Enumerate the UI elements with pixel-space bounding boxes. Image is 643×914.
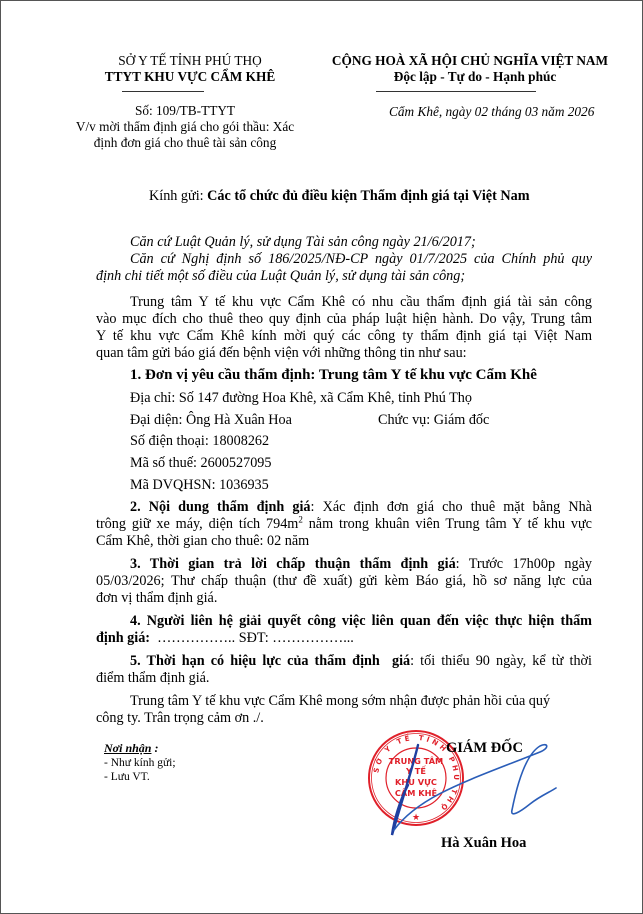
section5-text-1: : tối thiểu 90 ngày, kể từ thời (410, 653, 592, 669)
signer-name: Hà Xuân Hoa (441, 835, 526, 852)
section1-address: Địa chỉ: Số 147 đường Hoa Khê, xã Cẩm Kh… (130, 390, 472, 407)
recipient-item-2: - Lưu VT. (104, 771, 150, 783)
section3-line-3: đơn vị thẩm định giá. (96, 590, 217, 607)
doc-number: Số: 109/TB-TTYT (60, 103, 310, 119)
section4-contact: …………….. SĐT: ……………... (150, 630, 354, 646)
section2-line-2: trông giữ xe máy, diện tích 794m2 nằm tr… (96, 516, 592, 533)
section2-line-1: 2. Nội dung thẩm định giá: Xác định đơn … (130, 499, 592, 516)
agency-name: SỞ Y TẾ TỈNH PHÚ THỌ (60, 53, 320, 69)
section1-tax-code: Mã số thuế: 2600527095 (130, 455, 271, 472)
nation-title: CỘNG HOÀ XÃ HỘI CHỦ NGHĨA VIỆT NAM (320, 53, 620, 69)
section4-heading-line-1: 4. Người liên hệ giải quyết công việc li… (130, 613, 592, 630)
section3-line-2: 05/03/2026; Thư chấp thuận (thư đề xuất)… (96, 573, 592, 590)
section3-line-1: 3. Thời gian trả lời chấp thuận thẩm địn… (130, 556, 592, 573)
closing-line-2: công ty. Trân trọng cảm ơn ./. (96, 710, 264, 727)
signature-scribble (380, 740, 560, 840)
section1-representative: Đại diện: Ông Hà Xuân Hoa (130, 412, 292, 429)
unit-name: TTYT KHU VỰC CẨM KHÊ (60, 69, 320, 85)
section5-heading: 5. Thời hạn có hiệu lực của thẩm định gi… (130, 653, 410, 669)
section2-text-2a: trông giữ xe máy, diện tích 794m (96, 516, 298, 532)
closing-line-1: Trung tâm Y tế khu vực Cẩm Khê mong sớm … (130, 693, 550, 710)
header-left-underline (122, 91, 204, 92)
recipient-item-1: - Như kính gửi; (104, 757, 176, 769)
place-date: Cẩm Khê, ngày 02 tháng 03 năm 2026 (389, 104, 594, 120)
recipient-value: Các tổ chức đủ điều kiện Thẩm định giá t… (207, 188, 529, 204)
recipients-title: Nơi nhận : (104, 741, 158, 756)
section5-line-2: điểm thẩm định giá. (96, 670, 209, 687)
recipients-title-text: Nơi nhận (104, 741, 151, 755)
section3-heading: 3. Thời gian trả lời chấp thuận thẩm địn… (130, 556, 456, 572)
header-right-underline (376, 91, 536, 92)
section4-line-2: định giá: …………….. SĐT: ……………... (96, 630, 354, 647)
section1-phone: Số điện thoại: 18008262 (130, 433, 269, 450)
section2-text-2b: nằm trong khuân viên Trung tâm Y tế khu … (303, 516, 592, 532)
section3-text-1: : Trước 17h00p ngày (456, 556, 592, 572)
recipient-label: Kính gửi: (149, 188, 207, 204)
section2-heading: 2. Nội dung thẩm định giá (130, 499, 311, 515)
section5-line-1: 5. Thời hạn có hiệu lực của thẩm định gi… (130, 653, 592, 670)
section4-heading-line-2: định giá: (96, 630, 150, 646)
recipients-title-colon: : (151, 741, 158, 755)
intro-line-4: quan tâm gửi báo giá đến bệnh viện với n… (96, 345, 467, 362)
section2-line-3: Cẩm Khê, thời gian cho thuê: 02 năm (96, 533, 309, 550)
intro-line-1: Trung tâm Y tế khu vực Cẩm Khê có nhu cầ… (130, 294, 592, 311)
section1-heading: 1. Đơn vị yêu cầu thẩm định: Trung tâm Y… (130, 367, 537, 384)
motto: Độc lập - Tự do - Hạnh phúc (340, 69, 610, 85)
legal-basis-2: Căn cứ Nghị định số 186/2025/NĐ-CP ngày … (130, 251, 592, 268)
intro-line-3: Y tế khu vực Cẩm Khê kính mời quý các cô… (96, 328, 592, 345)
section2-text-1: : Xác định đơn giá cho thuê mặt bằng Nhà (311, 499, 592, 515)
recipient-line: Kính gửi: Các tổ chức đủ điều kiện Thẩm … (149, 188, 530, 205)
legal-basis-1: Căn cứ Luật Quản lý, sử dụng Tài sản côn… (130, 234, 476, 251)
subject-line-1: V/v mời thẩm định giá cho gói thầu: Xác (40, 119, 330, 135)
legal-basis-3: định chi tiết một số điều của Luật Quản … (96, 268, 465, 285)
section1-budget-code: Mã DVQHSN: 1036935 (130, 477, 269, 494)
section1-position: Chức vụ: Giám đốc (378, 412, 489, 429)
intro-line-2: vào mục đích cho thuê theo quy định của … (96, 311, 592, 328)
subject-line-2: định đơn giá cho thuê tài sản công (40, 135, 330, 151)
